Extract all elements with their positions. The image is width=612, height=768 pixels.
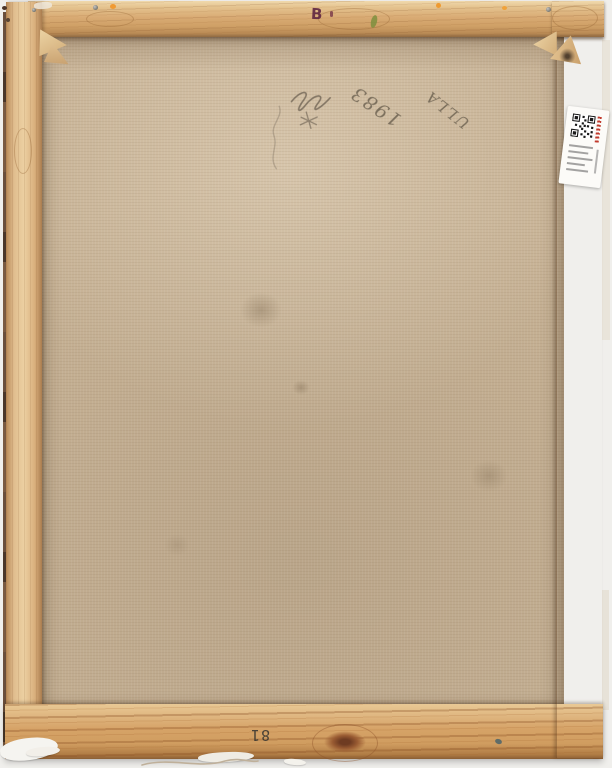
nail-head bbox=[93, 5, 98, 10]
canvas-edge-right bbox=[602, 590, 609, 710]
label-text-line bbox=[568, 156, 593, 161]
canvas-edge-right bbox=[602, 40, 610, 340]
wood-knot bbox=[324, 731, 366, 753]
photo-background: ULLA 1983 B bbox=[0, 0, 612, 768]
wood-knot bbox=[552, 6, 598, 30]
inscription: ULLA 1983 bbox=[281, 55, 476, 157]
inscription-year: 1983 bbox=[347, 81, 406, 131]
label-text-line bbox=[566, 168, 588, 172]
letter-b-mark: B bbox=[311, 5, 323, 24]
nail-head bbox=[546, 7, 551, 12]
inscription-name: ULLA bbox=[421, 87, 473, 133]
orange-paint-speck bbox=[436, 3, 441, 8]
stamp-81: 81 bbox=[250, 726, 270, 744]
dark-speck bbox=[6, 18, 10, 22]
qr-code-icon bbox=[570, 113, 596, 143]
letter-b-mark bbox=[330, 11, 333, 17]
wood-knot bbox=[318, 8, 390, 30]
label-text-line bbox=[567, 162, 585, 166]
stretcher-bar-left bbox=[6, 2, 42, 758]
loose-thread bbox=[140, 754, 260, 768]
dark-speck bbox=[2, 6, 7, 10]
label-text-line bbox=[569, 144, 593, 148]
orange-paint-speck bbox=[110, 4, 116, 9]
label-text-line bbox=[568, 150, 588, 154]
orange-paint-speck bbox=[502, 6, 507, 10]
canvas-scrap bbox=[284, 758, 306, 766]
label-code-red-text bbox=[595, 116, 602, 142]
wood-knot bbox=[14, 128, 32, 174]
wood-knot bbox=[86, 11, 134, 27]
stretcher-bar-bottom bbox=[5, 704, 603, 759]
label-text-line bbox=[594, 150, 598, 174]
